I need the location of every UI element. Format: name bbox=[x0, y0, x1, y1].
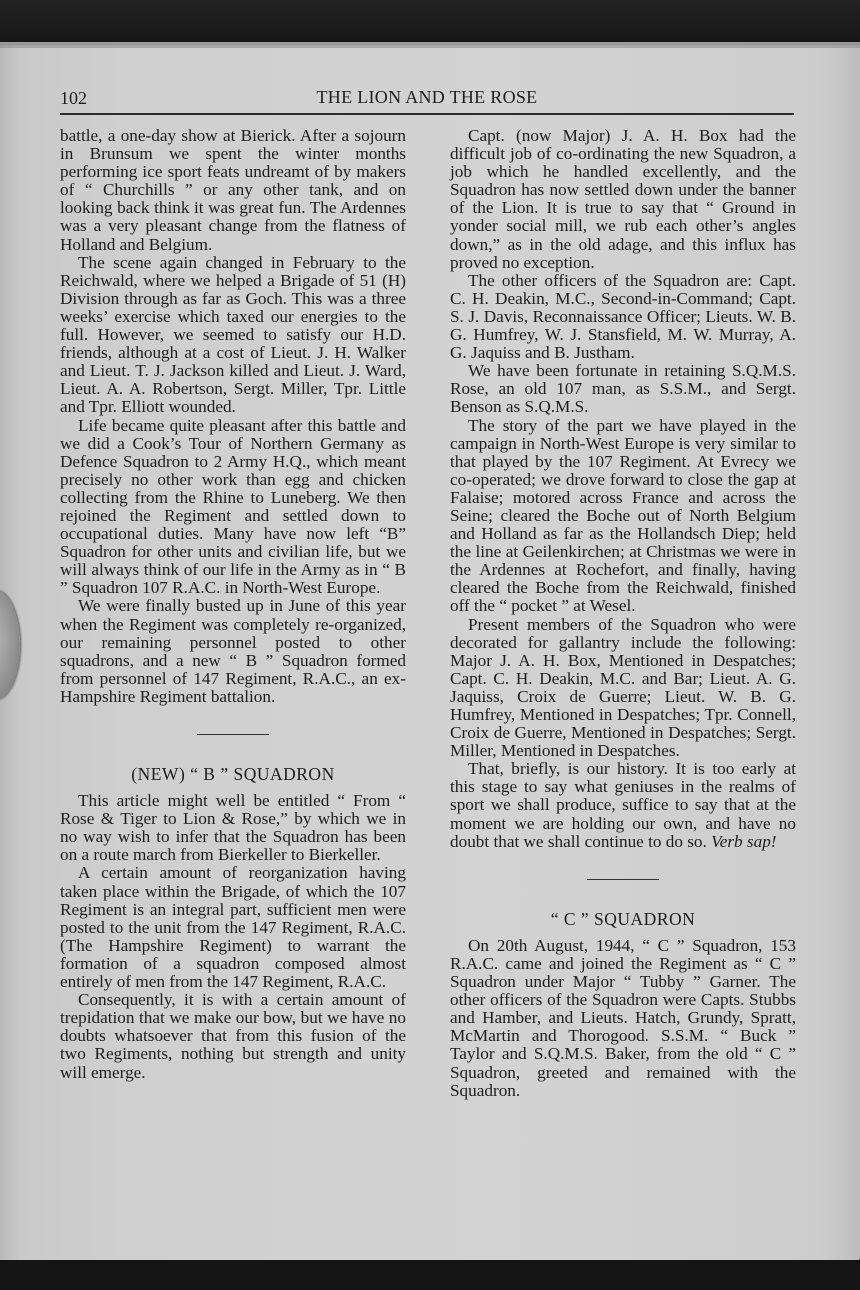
journal-title: THE LION AND THE ROSE bbox=[60, 87, 794, 108]
paragraph: The scene again changed in February to t… bbox=[60, 254, 406, 417]
paragraph: We have been fortunate in retaining S.Q.… bbox=[450, 362, 796, 416]
section-heading-c-squadron: “ C ” SQUADRON bbox=[450, 910, 796, 928]
right-column: Capt. (now Major) J. A. H. Box had the d… bbox=[450, 127, 796, 1100]
section-divider bbox=[197, 734, 269, 735]
paragraph: We were finally busted up in June of thi… bbox=[60, 597, 406, 706]
paragraph: battle, a one-day show at Bierick. After… bbox=[60, 127, 406, 254]
background-top bbox=[0, 0, 860, 44]
paragraph: The other officers of the Squadron are: … bbox=[450, 272, 796, 362]
page-edge bbox=[0, 44, 860, 48]
paragraph: On 20th August, 1944, “ C ” Squadron, 15… bbox=[450, 937, 796, 1100]
left-column: battle, a one-day show at Bierick. After… bbox=[60, 127, 406, 1082]
background-bottom bbox=[0, 1260, 860, 1290]
closing-italic: Verb sap! bbox=[711, 832, 776, 851]
paragraph: Consequently, it is with a certain amoun… bbox=[60, 991, 406, 1081]
paragraph: Life became quite pleasant after this ba… bbox=[60, 417, 406, 598]
paragraph: A certain amount of reorganization havin… bbox=[60, 864, 406, 991]
paragraph: This article might well be entitled “ Fr… bbox=[60, 792, 406, 864]
paragraph: Present members of the Squadron who were… bbox=[450, 616, 796, 761]
paragraph: Capt. (now Major) J. A. H. Box had the d… bbox=[450, 127, 796, 272]
section-divider bbox=[587, 879, 659, 880]
paragraph: The story of the part we have played in … bbox=[450, 417, 796, 616]
closing-paragraph: That, briefly, is our history. It is too… bbox=[450, 760, 796, 850]
section-heading-new-b-squadron: (NEW) “ B ” SQUADRON bbox=[60, 765, 406, 783]
running-head: 102 THE LION AND THE ROSE bbox=[60, 85, 794, 115]
